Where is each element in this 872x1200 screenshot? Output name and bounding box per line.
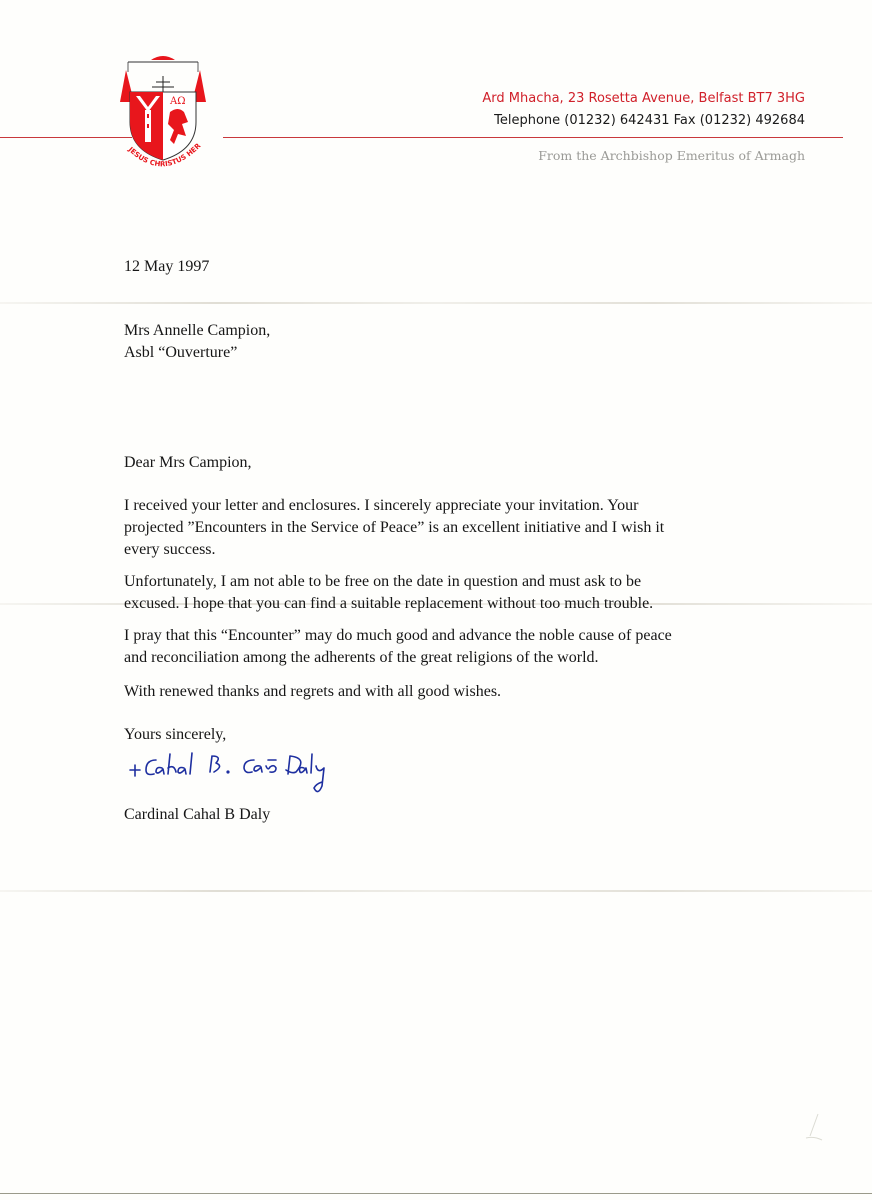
fold-line [0,302,872,304]
letterhead-address: Ard Mhacha, 23 Rosetta Avenue, Belfast B… [482,88,805,132]
paragraph-line: Unfortunately, I am not able to be free … [124,571,653,593]
from-line: From the Archbishop Emeritus of Armagh [538,148,805,163]
body-paragraph: I received your letter and enclosures. I… [124,495,664,561]
handwritten-signature [126,748,336,800]
letter-page: ΑΩ JESUS CHRISTUS HERI ET HODIE Ard Mhac… [0,0,872,1200]
paragraph-line: excused. I hope that you can find a suit… [124,593,653,615]
recipient-name: Mrs Annelle Campion, [124,320,270,342]
body-paragraph: I pray that this “Encounter” may do much… [124,625,672,669]
recipient-block: Mrs Annelle Campion, Asbl “Ouverture” [124,320,270,364]
paragraph-line: With renewed thanks and regrets and with… [124,681,501,703]
closing: Yours sincerely, [124,724,226,746]
body-paragraph: With renewed thanks and regrets and with… [124,681,501,703]
paper-edge [0,1193,872,1194]
contact-line: Telephone (01232) 642431 Fax (01232) 492… [482,110,805,132]
paragraph-line: and reconciliation among the adherents o… [124,647,672,669]
signatory-name: Cardinal Cahal B Daly [124,804,270,826]
letter-date: 12 May 1997 [124,256,209,278]
paragraph-line: projected ”Encounters in the Service of … [124,517,664,539]
body-paragraph: Unfortunately, I am not able to be free … [124,571,653,615]
salutation: Dear Mrs Campion, [124,452,252,474]
fold-line [0,890,872,892]
paper-mark [800,1110,830,1150]
recipient-organization: Asbl “Ouverture” [124,342,270,364]
paragraph-line: every success. [124,539,664,561]
header-rule [223,137,843,138]
header-rule [0,137,132,138]
paragraph-line: I pray that this “Encounter” may do much… [124,625,672,647]
address-line: Ard Mhacha, 23 Rosetta Avenue, Belfast B… [482,88,805,110]
svg-text:ΑΩ: ΑΩ [169,96,186,107]
coat-of-arms-icon: ΑΩ JESUS CHRISTUS HERI ET HODIE [118,52,208,177]
paragraph-line: I received your letter and enclosures. I… [124,495,664,517]
